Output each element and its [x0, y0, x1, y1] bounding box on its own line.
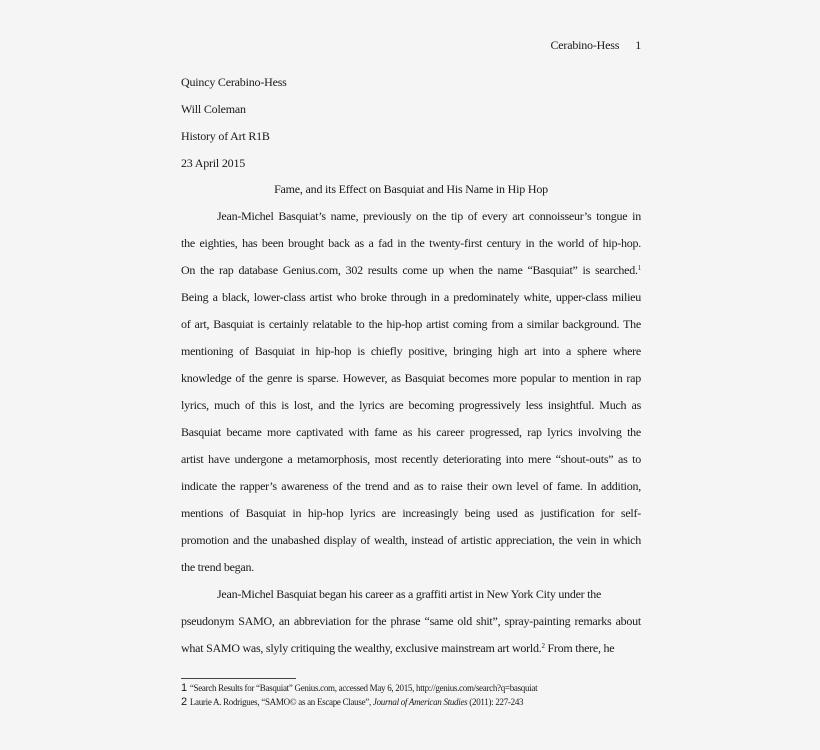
body-line: the trend began. — [181, 560, 641, 575]
paper-title: Fame, and its Effect on Basquiat and His… — [181, 182, 641, 197]
footnote-text: “Search Results for “Basquiat” Genius.co… — [190, 683, 537, 693]
body-line: pseudonym SAMO, an abbreviation for the … — [181, 614, 641, 629]
body-line: the eighties, has been brought back as a… — [181, 236, 641, 251]
body-line: knowledge of the genre is sparse. Howeve… — [181, 371, 641, 386]
course-name: History of Art R1B — [181, 129, 270, 144]
body-line: On the rap database Genius.com, 302 resu… — [181, 263, 641, 278]
running-head: Cerabino-Hess1 — [181, 38, 641, 53]
body-line: of art, Basquiat is certainly relatable … — [181, 317, 641, 332]
body-line: mentioning of Basquiat in hip-hop is chi… — [181, 344, 641, 359]
document-page: Cerabino-Hess1 Quincy Cerabino-Hess Will… — [0, 0, 820, 750]
body-line: lyrics, much of this is lost, and the ly… — [181, 398, 641, 413]
instructor-name: Will Coleman — [181, 102, 246, 117]
body-line: Jean-Michel Basquiat’s name, previously … — [217, 209, 641, 224]
footnote-journal-title: Journal of American Studies — [373, 697, 467, 707]
footnote-ref-1[interactable]: 1 — [638, 264, 641, 272]
body-line-text: what SAMO was, slyly critiquing the weal… — [181, 641, 541, 655]
footnote-text: (2011): 227-243 — [467, 697, 523, 707]
body-line-text: On the rap database Genius.com, 302 resu… — [181, 263, 638, 277]
body-line: mentions of Basquiat in hip-hop lyrics a… — [181, 506, 641, 521]
footnote-separator — [181, 678, 296, 679]
paper-date: 23 April 2015 — [181, 156, 245, 171]
body-line: artist have undergone a metamorphosis, m… — [181, 452, 641, 467]
footnote-number: 1 — [181, 682, 187, 694]
body-line: Basquiat became more captivated with fam… — [181, 425, 641, 440]
body-line: Being a black, lower-class artist who br… — [181, 290, 641, 305]
body-line-text: From there, he — [545, 641, 615, 655]
body-line: promotion and the unabashed display of w… — [181, 533, 641, 548]
footnote-1: 1“Search Results for “Basquiat” Genius.c… — [181, 682, 537, 694]
body-line: what SAMO was, slyly critiquing the weal… — [181, 641, 641, 656]
body-line: Jean-Michel Basquiat began his career as… — [217, 587, 641, 602]
body-line: indicate the rapper’s awareness of the t… — [181, 479, 641, 494]
footnote-number: 2 — [181, 696, 187, 708]
footnote-text: Laurie A. Rodrigues, “SAMO© as an Escape… — [190, 697, 373, 707]
running-head-surname: Cerabino-Hess — [550, 38, 619, 52]
footnote-2: 2Laurie A. Rodrigues, “SAMO© as an Escap… — [181, 696, 523, 708]
author-name: Quincy Cerabino-Hess — [181, 75, 287, 90]
page-number: 1 — [635, 38, 641, 52]
